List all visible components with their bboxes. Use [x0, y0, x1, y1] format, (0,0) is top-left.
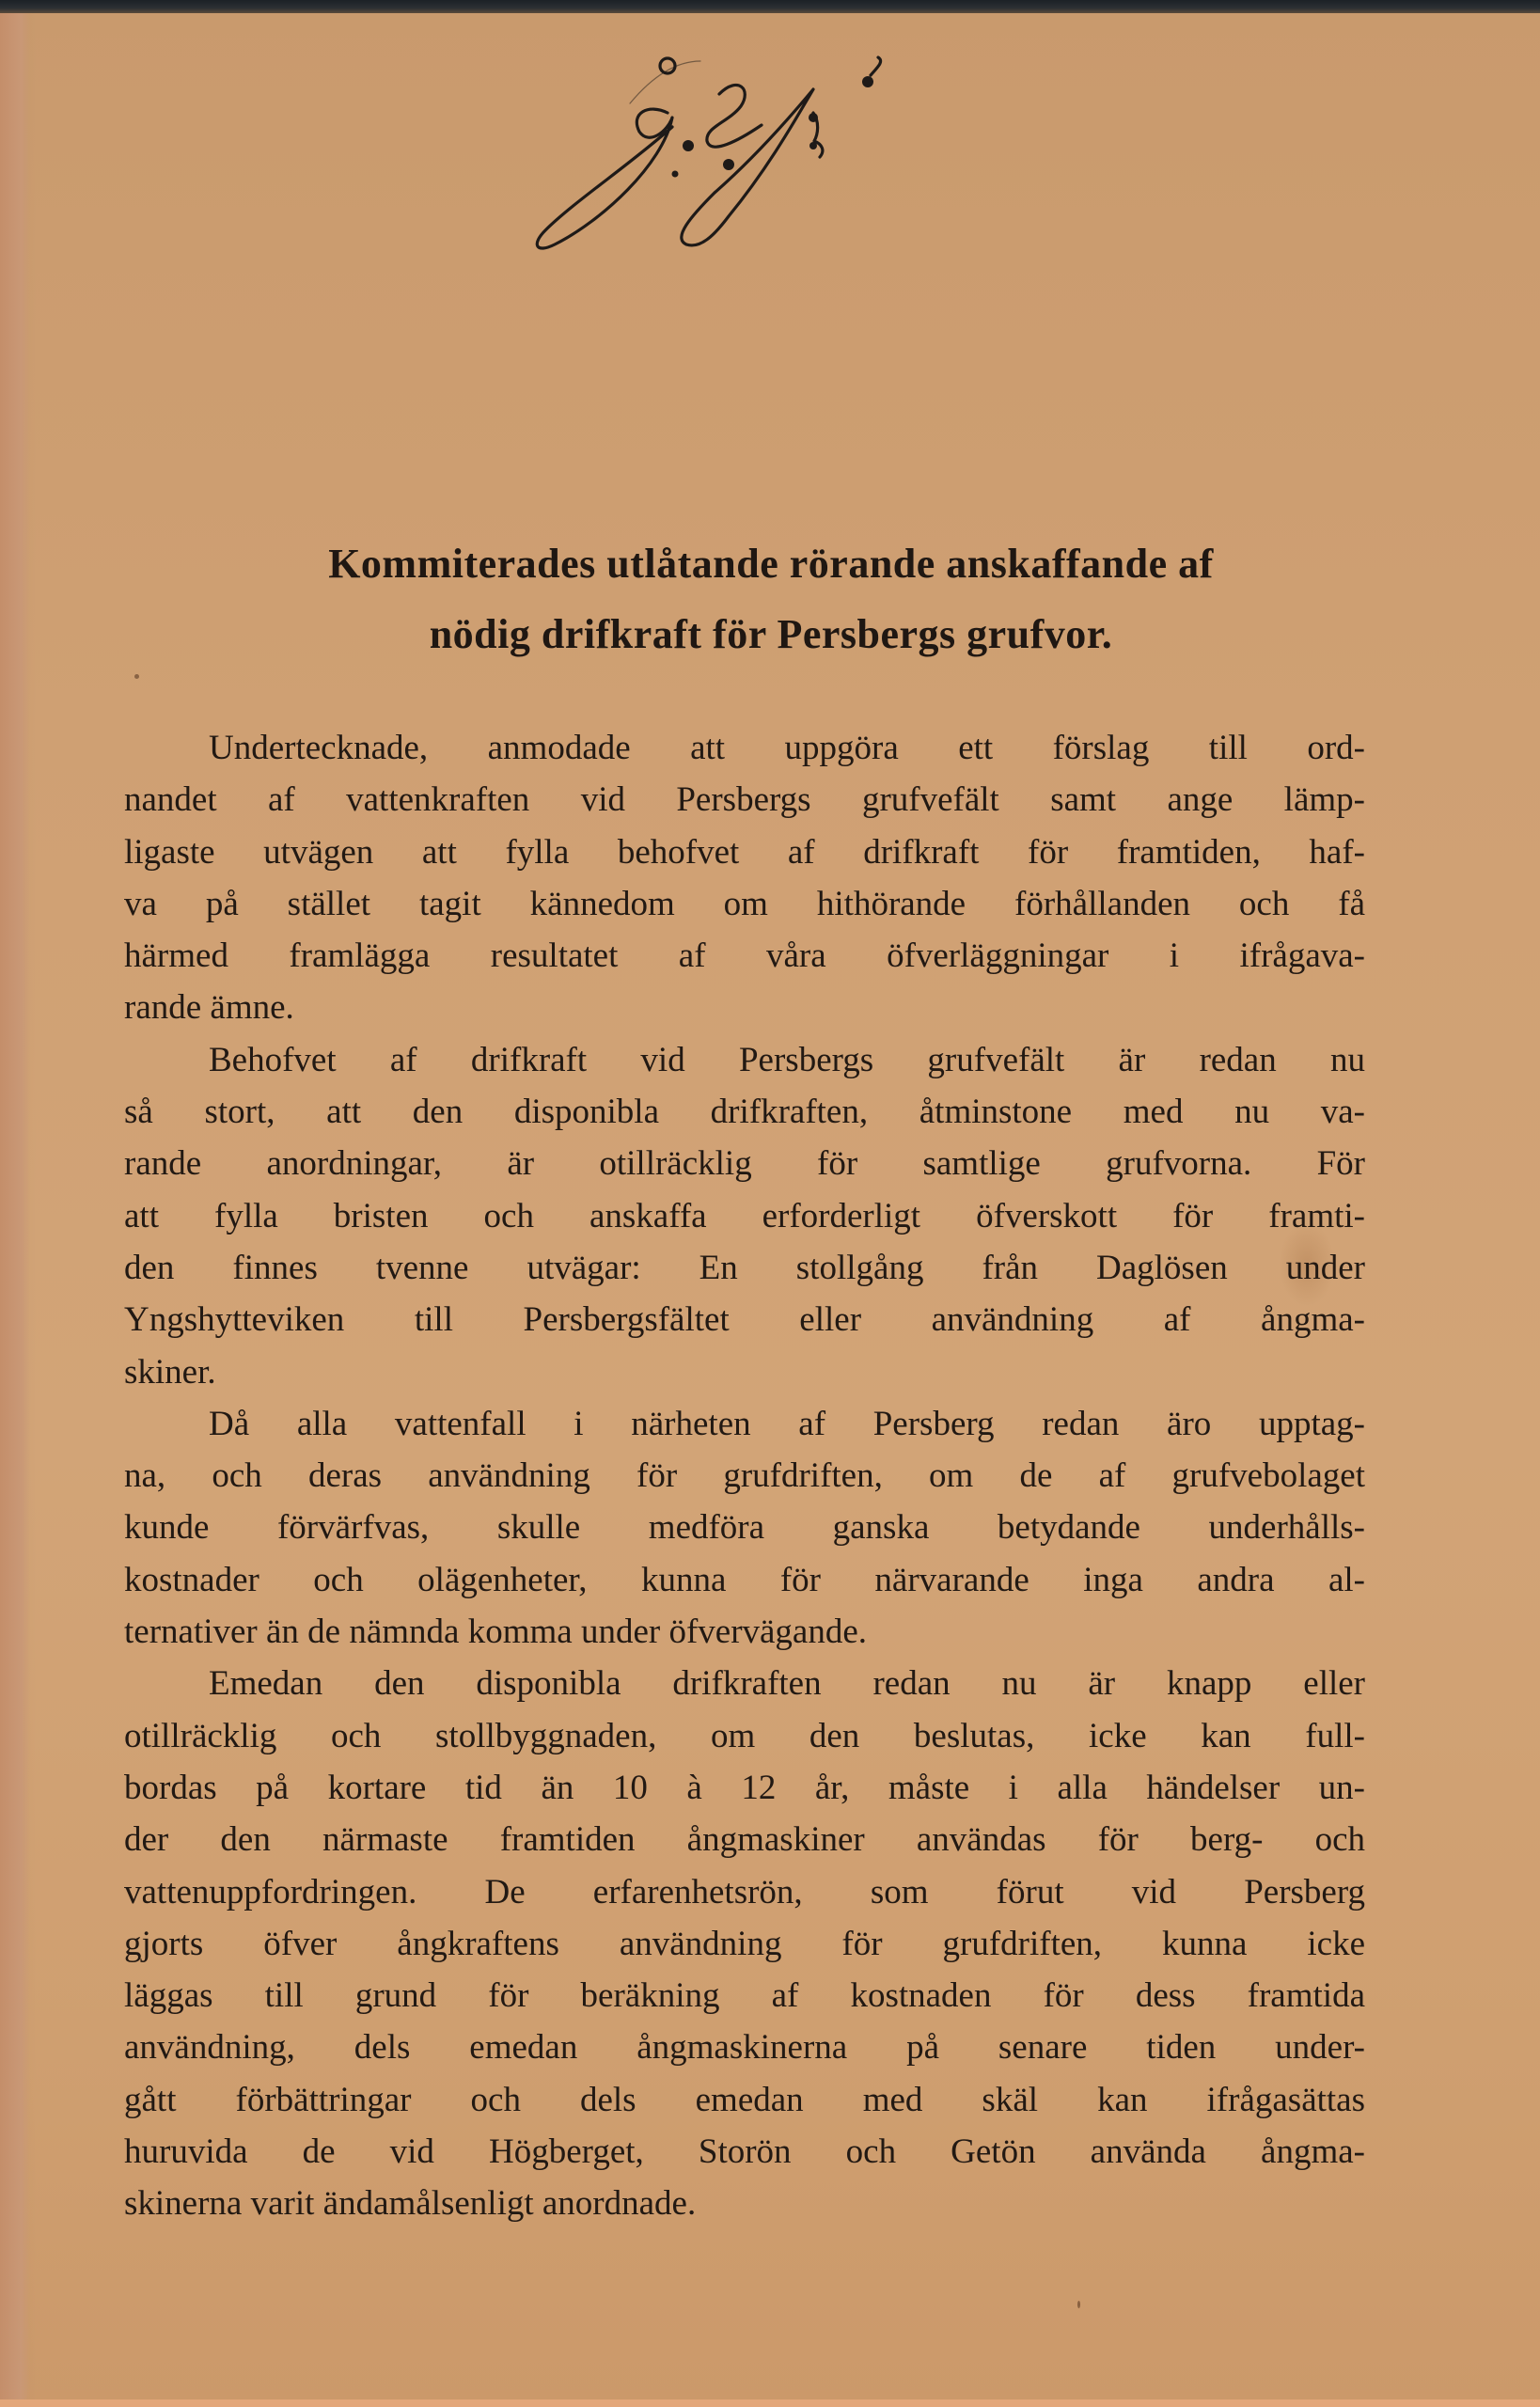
text-line: den finnes tvenne utvägar: En stollgång …	[124, 1242, 1365, 1294]
text-line: va på stället tagit kännedom om hithöran…	[124, 878, 1365, 930]
text-line: rande anordningar, är otillräcklig för s…	[124, 1138, 1365, 1189]
text-line: ligaste utvägen att fylla behofvet af dr…	[124, 826, 1365, 878]
text-line: skiner.	[124, 1346, 1365, 1398]
handwritten-mark-icon: 38/2	[489, 24, 940, 259]
text-line: ternativer än de nämnda komma under öfve…	[124, 1606, 1365, 1658]
text-line: härmed framlägga resultatet af våra öfve…	[124, 930, 1365, 982]
text-line: Yngshytteviken till Persbergsfältet elle…	[124, 1294, 1365, 1345]
text-line: Undertecknade, anmodade att uppgöra ett …	[124, 722, 1365, 774]
text-line: der den närmaste framtiden ångmaskiner a…	[124, 1814, 1365, 1865]
text-line: Emedan den disponibla drifkraften redan …	[124, 1658, 1365, 1709]
text-line: läggas till grund för beräkning af kostn…	[124, 1970, 1365, 2022]
text-line: huruvida de vid Högberget, Storön och Ge…	[124, 2126, 1365, 2178]
scan-bottom-edge	[0, 2399, 1540, 2407]
paper-speck	[134, 674, 139, 679]
scan-top-edge	[0, 0, 1540, 13]
text-line: skinerna varit ändamålsenligt anordnade.	[124, 2178, 1365, 2229]
text-line: bordas på kortare tid än 10 à 12 år, mås…	[124, 1762, 1365, 1814]
text-line: att fylla bristen och anskaffa erforderl…	[124, 1190, 1365, 1242]
paragraph-4: Emedan den disponibla drifkraften redan …	[124, 1658, 1365, 2229]
text-line: kostnader och olägenheter, kunna för när…	[124, 1554, 1365, 1606]
text-line: nandet af vattenkraften vid Persbergs gr…	[124, 774, 1365, 826]
text-line: användning, dels emedan ångmaskinerna på…	[124, 2022, 1365, 2073]
text-line: rande ämne.	[124, 982, 1365, 1033]
paragraph-2: Behofvet af drifkraft vid Persbergs gruf…	[124, 1034, 1365, 1398]
text-line: gått förbättringar och dels emedan med s…	[124, 2074, 1365, 2126]
text-line: na, och deras användning för grufdriften…	[124, 1450, 1365, 1502]
paragraph-3: Då alla vattenfall i närheten af Persber…	[124, 1398, 1365, 1658]
text-line: Då alla vattenfall i närheten af Persber…	[124, 1398, 1365, 1450]
document-title-line-1: Kommiterades utlåtande rörande anskaffan…	[141, 543, 1401, 585]
text-line: otillräcklig och stollbyggnaden, om den …	[124, 1710, 1365, 1762]
text-line: gjorts öfver ångkraftens användning för …	[124, 1918, 1365, 1970]
document-title-line-2: nödig drifkraft för Persbergs grufvor.	[141, 614, 1401, 655]
document-page: 38/2 Kommiterades utl	[0, 0, 1540, 2407]
document-body: Undertecknade, anmodade att uppgöra ett …	[124, 722, 1365, 2230]
text-line: så stort, att den disponibla drifkraften…	[124, 1086, 1365, 1138]
text-line: vattenuppfordringen. De erfarenhetsrön, …	[124, 1866, 1365, 1918]
scan-left-edge	[0, 13, 30, 2407]
paragraph-1: Undertecknade, anmodade att uppgöra ett …	[124, 722, 1365, 1034]
text-line: kunde förvärfvas, skulle medföra ganska …	[124, 1502, 1365, 1553]
paper-speck	[1077, 2301, 1080, 2308]
text-line: Behofvet af drifkraft vid Persbergs gruf…	[124, 1034, 1365, 1086]
